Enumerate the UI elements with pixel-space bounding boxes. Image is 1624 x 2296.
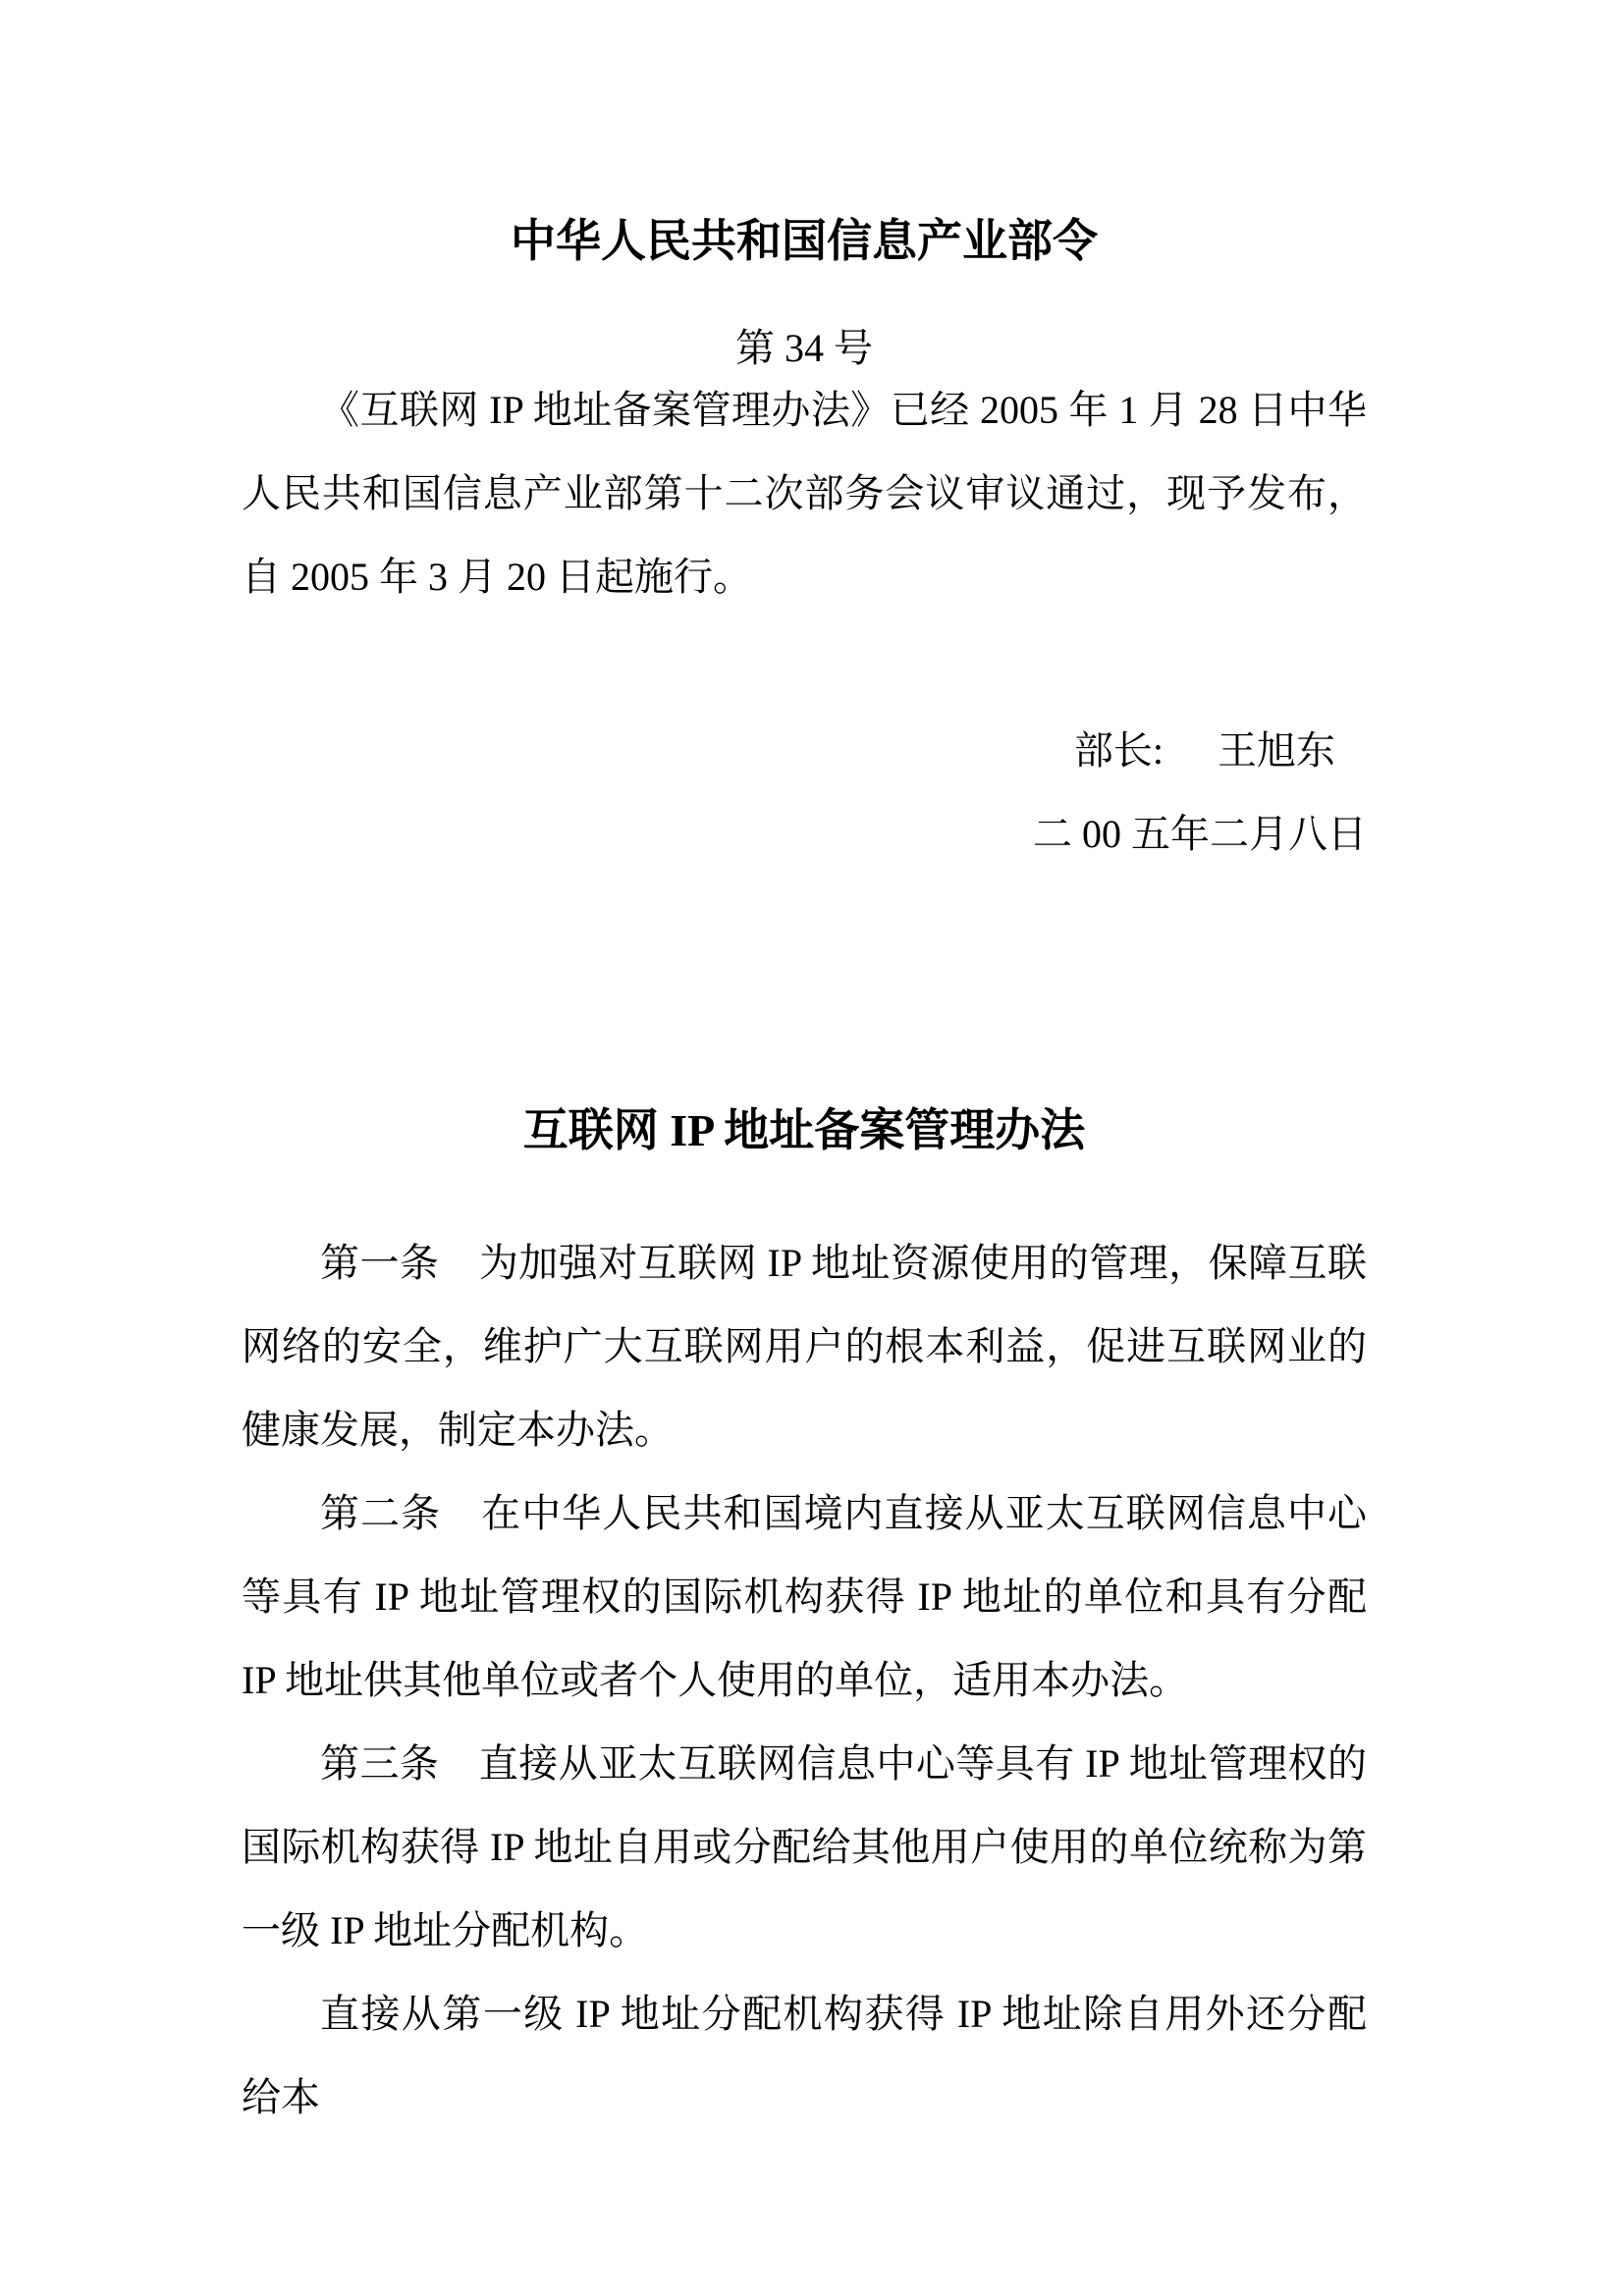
article-2-paragraph: 第二条 在中华人民共和国境内直接从亚太互联网信息中心等具有 IP 地址管理权的国… xyxy=(242,1471,1367,1722)
signature-date: 二 00 五年二月八日 xyxy=(1033,792,1367,876)
article-3-paragraph: 第三条 直接从亚太互联网信息中心等具有 IP 地址管理权的国际机构获得 IP 地… xyxy=(242,1722,1367,1972)
decree-title: 中华人民共和国信息产业部令 xyxy=(242,214,1367,269)
document-page: 中华人民共和国信息产业部令 第 34 号 《互联网 IP 地址备案管理办法》已经… xyxy=(242,0,1367,2296)
decree-announcement-paragraph: 《互联网 IP 地址备案管理办法》已经 2005 年 1 月 28 日中华人民共… xyxy=(242,368,1367,618)
minister-label: 部长: xyxy=(1074,728,1164,773)
signature-block: 部长:王旭东 二 00 五年二月八日 xyxy=(1033,709,1367,876)
regulation-title: 互联网 IP 地址备案管理办法 xyxy=(242,1103,1367,1158)
article-1-paragraph: 第一条 为加强对互联网 IP 地址资源使用的管理，保障互联网络的安全，维护广大互… xyxy=(242,1221,1367,1471)
decree-number: 第 34 号 xyxy=(242,326,1367,371)
article-3-continuation-paragraph: 直接从第一级 IP 地址分配机构获得 IP 地址除自用外还分配给本 xyxy=(242,1972,1367,2139)
signature-minister-line: 部长:王旭东 xyxy=(1033,709,1367,792)
regulation-body: 第一条 为加强对互联网 IP 地址资源使用的管理，保障互联网络的安全，维护广大互… xyxy=(242,1221,1367,2139)
minister-name: 王旭东 xyxy=(1218,709,1335,792)
